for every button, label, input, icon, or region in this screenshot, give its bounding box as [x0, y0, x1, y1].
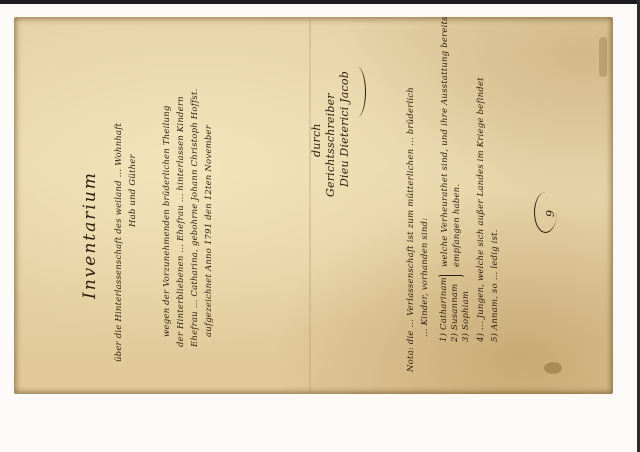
signature-flourish [349, 67, 366, 117]
scanner-top-edge [0, 0, 640, 4]
body-line-1: wegen der Vorzunehmenden brüderlichen Th… [162, 106, 172, 337]
body-line-3: Ehefrau ... Catharina, gebohrne Johann C… [190, 89, 200, 348]
signature-line-1: Gerichtsschreiber [324, 93, 337, 197]
bracket-text-1: welche Verheurathet sind, und ihre Ausst… [440, 16, 450, 267]
paper-fold-crease [309, 17, 311, 394]
manuscript-page: Inventarium über die Hinterlassenschaft … [14, 17, 613, 394]
note-item-3: 3) Sophiam [461, 291, 471, 342]
body-line-4: aufgezeichnet Anno 1791 den 12ten Novemb… [204, 125, 214, 337]
edge-stain [599, 37, 607, 77]
note-intro-line-1: Nota: die ... Verlassenschaft ist zum mü… [406, 87, 416, 372]
note-item-4: 4) ... Jungen, welche sich außer Landes … [476, 77, 486, 342]
header-line-1: über die Hinterlassenschaft des weiland … [114, 123, 124, 362]
note-intro-line-2: ... Kinder, vorhanden sind: [420, 218, 430, 337]
note-item-5: 5) Annam, so ... ledig ist. [490, 229, 500, 342]
header-line-2: Hab und Güther [128, 154, 138, 227]
note-item-1: 1) Catharinam [439, 277, 449, 342]
ink-stain [544, 362, 562, 374]
note-bracket [438, 275, 464, 280]
document-title: Inventarium [80, 171, 100, 299]
signature-prefix: durch [310, 123, 323, 157]
note-item-2: 2) Susannam [450, 284, 460, 342]
bracket-text-2: empfangen haben. [452, 184, 462, 267]
body-line-2: der Hinterbliebenen ... Ehefrau ... hint… [176, 96, 186, 347]
page-number-flourish [534, 192, 557, 233]
